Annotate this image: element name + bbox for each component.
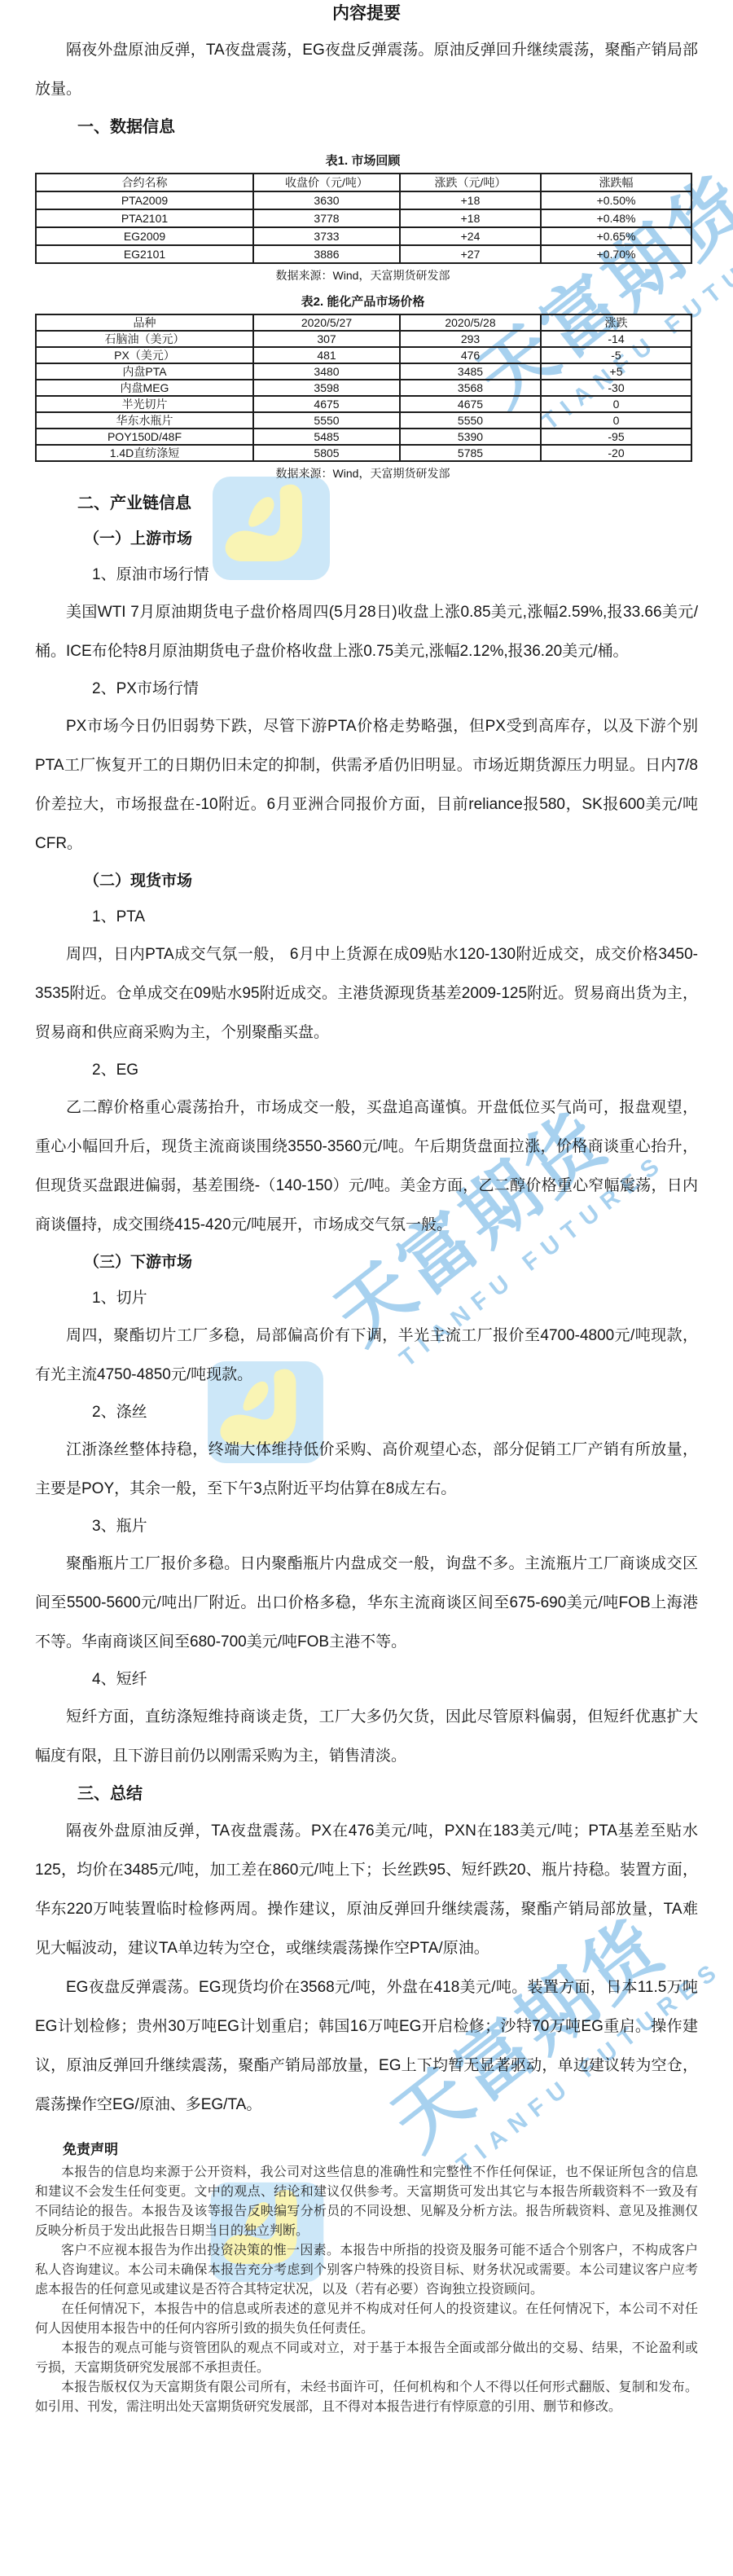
column-header: 涨跌（元/吨） <box>400 174 541 191</box>
table-cell: 307 <box>253 331 400 347</box>
table-cell: EG2009 <box>36 227 253 245</box>
topic-heading-bottle: 3、瓶片 <box>35 1509 698 1545</box>
chip-paragraph: 周四，聚酯切片工厂多稳，局部偏高价有下调，半光主流工厂报价至4700-4800元… <box>35 1317 698 1395</box>
column-header: 涨跌 <box>541 314 691 331</box>
table-cell: +18 <box>400 191 541 209</box>
disclaimer-paragraph: 在任何情况下，本报告中的信息或所表述的意见并不构成对任何人的投资建议。在任何情况… <box>35 2299 698 2338</box>
table-row: PX（美元） 481 476 -5 <box>36 347 691 363</box>
table-row: EG2009 3733 +24 +0.65% <box>36 227 691 245</box>
topic-heading-staple: 4、短纤 <box>35 1662 698 1698</box>
staple-paragraph: 短纤方面，直纺涤短维持商谈走货，工厂大多仍欠货，因此尽管原料偏弱，但短纤优惠扩大… <box>35 1698 698 1776</box>
report-body: 内容提要 隔夜外盘原油反弹，TA夜盘震荡，EG夜盘反弹震荡。原油反弹回升继续震荡… <box>0 0 733 2416</box>
topic-heading-pta: 1、PTA <box>35 899 698 935</box>
pta-paragraph: 周四，日内PTA成交气氛一般， 6月中上货源在成09贴水120-130附近成交，… <box>35 935 698 1053</box>
table-cell: 481 <box>253 347 400 363</box>
table-row: 华东水瓶片 5550 5550 0 <box>36 412 691 429</box>
table-cell: +0.65% <box>541 227 691 245</box>
topic-heading-yarn: 2、涤丝 <box>35 1395 698 1431</box>
px-paragraph: PX市场今日仍旧弱势下跌，尽管下游PTA价格走势略强，但PX受到高库存，以及下游… <box>35 707 698 864</box>
table-cell: +0.70% <box>541 245 691 263</box>
table-cell: 5550 <box>400 412 541 429</box>
yarn-paragraph: 江浙涤丝整体持稳，终端大体维持低价采购、高价观望心态，部分促销工厂产销有所放量，… <box>35 1431 698 1509</box>
table-row: EG2101 3886 +27 +0.70% <box>36 245 691 263</box>
table-cell: 1.4D直纺涤短 <box>36 445 253 461</box>
table-cell: 3485 <box>400 363 541 380</box>
topic-heading-eg: 2、EG <box>35 1053 698 1088</box>
table-cell: -20 <box>541 445 691 461</box>
table-cell: 3598 <box>253 380 400 396</box>
table-cell: EG2101 <box>36 245 253 263</box>
market-review-table: 合约名称 收盘价（元/吨） 涨跌（元/吨） 涨跌幅 PTA2009 3630 +… <box>35 173 692 264</box>
table1-source-note: 数据来源：Wind，天富期货研发部 <box>35 268 691 283</box>
table-cell: -30 <box>541 380 691 396</box>
table-cell: PTA2101 <box>36 209 253 227</box>
table-cell: 石脑油（美元） <box>36 331 253 347</box>
table-cell: +24 <box>400 227 541 245</box>
table-cell: PTA2009 <box>36 191 253 209</box>
column-header: 收盘价（元/吨） <box>253 174 400 191</box>
table2-caption: 表2. 能化产品市场价格 <box>35 294 691 310</box>
table-row: 内盘MEG 3598 3568 -30 <box>36 380 691 396</box>
table-cell: 5550 <box>253 412 400 429</box>
table-cell: 3630 <box>253 191 400 209</box>
table-header-row: 品种 2020/5/27 2020/5/28 涨跌 <box>36 314 691 331</box>
table-cell: 293 <box>400 331 541 347</box>
table-cell: 4675 <box>253 396 400 412</box>
column-header: 涨跌幅 <box>541 174 691 191</box>
table-cell: 5785 <box>400 445 541 461</box>
table-cell: 5485 <box>253 429 400 445</box>
table-row: 半光切片 4675 4675 0 <box>36 396 691 412</box>
table-cell: 5805 <box>253 445 400 461</box>
column-header: 2020/5/28 <box>400 314 541 331</box>
table-cell: 0 <box>541 412 691 429</box>
section-heading-data: 一、数据信息 <box>35 109 698 145</box>
table1-caption: 表1. 市场回顾 <box>35 153 691 169</box>
table-cell: -14 <box>541 331 691 347</box>
table-cell: 3886 <box>253 245 400 263</box>
table-row: 1.4D直纺涤短 5805 5785 -20 <box>36 445 691 461</box>
report-page: 天富期货 TIANFU FUTURES 天富期货 TIANFU FUTURES … <box>0 0 733 2576</box>
column-header: 2020/5/27 <box>253 314 400 331</box>
column-header: 合约名称 <box>36 174 253 191</box>
table-row: POY150D/48F 5485 5390 -95 <box>36 429 691 445</box>
table-row: 石脑油（美元） 307 293 -14 <box>36 331 691 347</box>
table-cell: +18 <box>400 209 541 227</box>
table-cell: 5390 <box>400 429 541 445</box>
crude-paragraph: 美国WTI 7月原油期货电子盘价格周四(5月28日)收盘上涨0.85美元,涨幅2… <box>35 593 698 671</box>
table-cell: +5 <box>541 363 691 380</box>
table-cell: 3733 <box>253 227 400 245</box>
table-cell: PX（美元） <box>36 347 253 363</box>
disclaimer-heading: 免责声明 <box>35 2138 698 2162</box>
eg-paragraph: 乙二醇价格重心震荡抬升，市场成交一般，买盘追高谨慎。开盘低位买气尚可，报盘观望，… <box>35 1088 698 1245</box>
table-cell: 4675 <box>400 396 541 412</box>
table-cell: 内盘MEG <box>36 380 253 396</box>
intro-paragraph: 隔夜外盘原油反弹，TA夜盘震荡，EG夜盘反弹震荡。原油反弹回升继续震荡，聚酯产销… <box>35 31 698 109</box>
disclaimer-paragraph: 本报告的信息均来源于公开资料，我公司对这些信息的准确性和完整性不作任何保证，也不… <box>35 2162 698 2240</box>
topic-heading-px: 2、PX市场行情 <box>35 671 698 707</box>
page-title: 内容提要 <box>35 2 698 26</box>
disclaimer-paragraph: 本报告版权仅为天富期货有限公司所有，未经书面许可，任何机构和个人不得以任何形式翻… <box>35 2377 698 2416</box>
table2-source-note: 数据来源：Wind，天富期货研发部 <box>35 466 691 481</box>
table-header-row: 合约名称 收盘价（元/吨） 涨跌（元/吨） 涨跌幅 <box>36 174 691 191</box>
column-header: 品种 <box>36 314 253 331</box>
table-cell: -5 <box>541 347 691 363</box>
table-row: PTA2101 3778 +18 +0.48% <box>36 209 691 227</box>
subsection-heading-downstream: （三）下游市场 <box>35 1245 698 1281</box>
topic-heading-crude: 1、原油市场行情 <box>35 557 698 593</box>
table-cell: POY150D/48F <box>36 429 253 445</box>
disclaimer-paragraph: 本报告的观点可能与资管团队的观点不同或对立，对于基于本报告全面或部分做出的交易、… <box>35 2338 698 2377</box>
table-cell: 半光切片 <box>36 396 253 412</box>
disclaimer-section: 免责声明 本报告的信息均来源于公开资料，我公司对这些信息的准确性和完整性不作任何… <box>35 2138 698 2416</box>
section-heading-chain: 二、产业链信息 <box>35 486 698 521</box>
table-cell: 0 <box>541 396 691 412</box>
table-cell: +27 <box>400 245 541 263</box>
subsection-heading-upstream: （一）上游市场 <box>35 521 698 557</box>
disclaimer-paragraph: 客户不应视本报告为作出投资决策的惟一因素。本报告中所指的投资及服务可能不适合个别… <box>35 2240 698 2299</box>
table-cell: 3778 <box>253 209 400 227</box>
table-cell: +0.50% <box>541 191 691 209</box>
table-cell: +0.48% <box>541 209 691 227</box>
summary-paragraph-ta: 隔夜外盘原油反弹，TA夜盘震荡。PX在476美元/吨，PXN在183美元/吨；P… <box>35 1812 698 1968</box>
bottle-paragraph: 聚酯瓶片工厂报价多稳。日内聚酯瓶片内盘成交一般，询盘不多。主流瓶片工厂商谈成交区… <box>35 1545 698 1662</box>
table-cell: 华东水瓶片 <box>36 412 253 429</box>
table-row: PTA2009 3630 +18 +0.50% <box>36 191 691 209</box>
topic-heading-chip: 1、切片 <box>35 1281 698 1317</box>
table-cell: 3568 <box>400 380 541 396</box>
table-cell: 3480 <box>253 363 400 380</box>
subsection-heading-spot: （二）现货市场 <box>35 864 698 899</box>
section-heading-summary: 三、总结 <box>35 1776 698 1812</box>
table-cell: 内盘PTA <box>36 363 253 380</box>
table-cell: -95 <box>541 429 691 445</box>
table-row: 内盘PTA 3480 3485 +5 <box>36 363 691 380</box>
summary-paragraph-eg: EG夜盘反弹震荡。EG现货均价在3568元/吨，外盘在418美元/吨。装置方面，… <box>35 1968 698 2125</box>
table-cell: 476 <box>400 347 541 363</box>
enchem-price-table: 品种 2020/5/27 2020/5/28 涨跌 石脑油（美元） 307 29… <box>35 314 692 462</box>
